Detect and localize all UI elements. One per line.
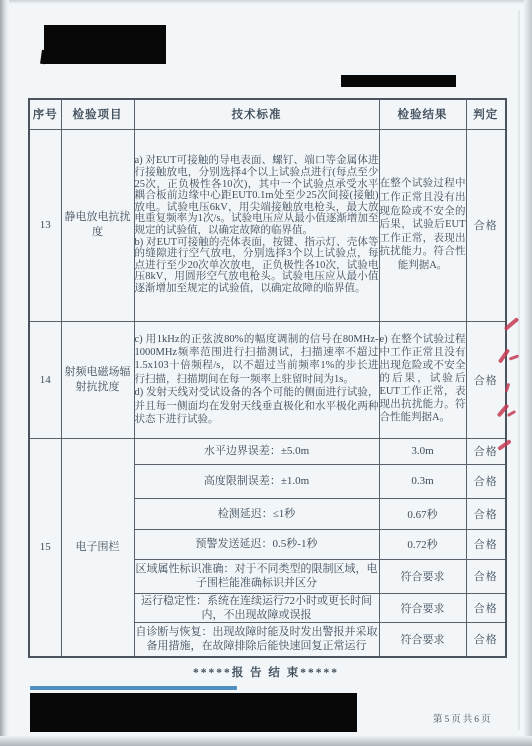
row13-result: 在整个试验过程中工作正常且没有出现危险或不安全的后果，试验后EUT工作正常，表现…	[379, 129, 466, 321]
header-standard: 技术标准	[134, 99, 379, 129]
table-row-14: 14 射频电磁场辐射抗扰度 c) 用1kHz的正弦波80%的幅度调制的信号在80…	[29, 321, 506, 438]
scan-edge-top	[0, 0, 532, 4]
row14-no: 14	[29, 321, 61, 438]
row15-sub4-standard: 预警发送延迟：0.5秒-1秒	[134, 529, 379, 559]
row15-sub5-result: 符合要求	[379, 559, 466, 593]
row15-sub4-result: 0.72秒	[379, 529, 466, 559]
scan-edge-left	[0, 0, 9, 746]
header-no: 序号	[29, 99, 61, 129]
row15-sub7-result: 符合要求	[379, 622, 466, 657]
row15-sub3-verdict: 合格	[466, 498, 506, 529]
row15-no: 15	[29, 438, 61, 657]
row13-item: 静电放电抗扰度	[61, 129, 134, 321]
row13-verdict: 合格	[466, 129, 506, 321]
row15-sub5-standard: 区域属性标识准确：对于不同类型的限制区域，电子围栏能准确标识并区分	[134, 559, 379, 593]
header-verdict: 判定	[466, 99, 506, 129]
row13-standard-b: b) 对EUT可接触的壳体表面，按键、指示灯、壳体等的缝隙进行空气放电，分别选择…	[135, 237, 379, 295]
row15-sub3-standard: 检测延迟：≤1秒	[134, 498, 379, 529]
blue-underline	[30, 686, 237, 690]
row14-standard: c) 用1kHz的正弦波80%的幅度调制的信号在80MHz-1000MHz频率范…	[134, 321, 379, 438]
row15-item: 电子围栏	[61, 438, 134, 657]
page-number: 第5页共6页	[433, 711, 493, 725]
row14-item: 射频电磁场辐射抗扰度	[61, 321, 134, 438]
inspection-results-table: 序号 检验项目 技术标准 检验结果 判定 13 静电放电抗扰度 a) 对EUT可…	[28, 98, 507, 658]
row14-standard-d: d) 发射天线对受试设备的各个可能的侧面进行试验，并且每一侧面均在发射天线垂直极…	[135, 386, 379, 426]
redaction-block-header	[44, 25, 166, 64]
scan-edge-bottom	[0, 736, 532, 746]
row15-sub1-verdict: 合格	[466, 438, 506, 464]
table-row-13: 13 静电放电抗扰度 a) 对EUT可接触的导电表面、螺钉、端口等金属体进行接触…	[29, 129, 506, 321]
row15-sub5-verdict: 合格	[466, 559, 506, 593]
row15-sub4-verdict: 合格	[466, 529, 506, 559]
row15-sub6-result: 符合要求	[379, 593, 466, 622]
row15-sub7-standard: 自诊断与恢复：出现故障时能及时发出警报并采取备用措施，在故障排除后能快速回复正常…	[134, 622, 379, 657]
row14-standard-c: c) 用1kHz的正弦波80%的幅度调制的信号在80MHz-1000MHz频率范…	[135, 333, 379, 387]
redaction-block-report-no	[341, 75, 456, 87]
page-crease	[518, 10, 520, 730]
row15-sub6-standard: 运行稳定性：系统在连续运行72小时或更长时间内，不出现故障或误报	[134, 593, 379, 622]
row15-sub6-verdict: 合格	[466, 593, 506, 622]
row15-sub1-result: 3.0m	[379, 438, 466, 464]
row14-result: e) 在整个试验过程中工作正常且没有出现危险或不安全的后果，试验后EUT工作正常…	[379, 321, 466, 438]
scan-edge-right	[524, 0, 532, 746]
row14-verdict: 合格	[466, 321, 506, 438]
red-ink-mark	[507, 410, 516, 417]
redaction-block-signature	[30, 693, 357, 732]
row15-sub3-result: 0.67秒	[379, 498, 466, 529]
row15-sub2-standard: 高度限制误差：±1.0m	[134, 464, 379, 498]
row13-no: 13	[29, 129, 61, 321]
row13-standard-a: a) 对EUT可接触的导电表面、螺钉、端口等金属体进行接触放电，分别选择4个以上…	[135, 155, 379, 236]
table-row-15-sub-1: 15 电子围栏 水平边界误差：±5.0m 3.0m 合格	[29, 438, 506, 464]
row15-sub2-verdict: 合格	[466, 464, 506, 498]
row13-standard: a) 对EUT可接触的导电表面、螺钉、端口等金属体进行接触放电，分别选择4个以上…	[134, 129, 379, 321]
header-result: 检验结果	[379, 99, 466, 129]
table-header-row: 序号 检验项目 技术标准 检验结果 判定	[29, 99, 506, 129]
header-item: 检验项目	[61, 99, 134, 129]
end-of-report-marker: *****报 告 结 束*****	[0, 664, 532, 680]
scanned-report-page: 序号 检验项目 技术标准 检验结果 判定 13 静电放电抗扰度 a) 对EUT可…	[0, 0, 532, 746]
row15-sub1-standard: 水平边界误差：±5.0m	[134, 438, 379, 464]
row15-sub2-result: 0.3m	[379, 464, 466, 498]
row15-sub7-verdict: 合格	[466, 622, 506, 657]
